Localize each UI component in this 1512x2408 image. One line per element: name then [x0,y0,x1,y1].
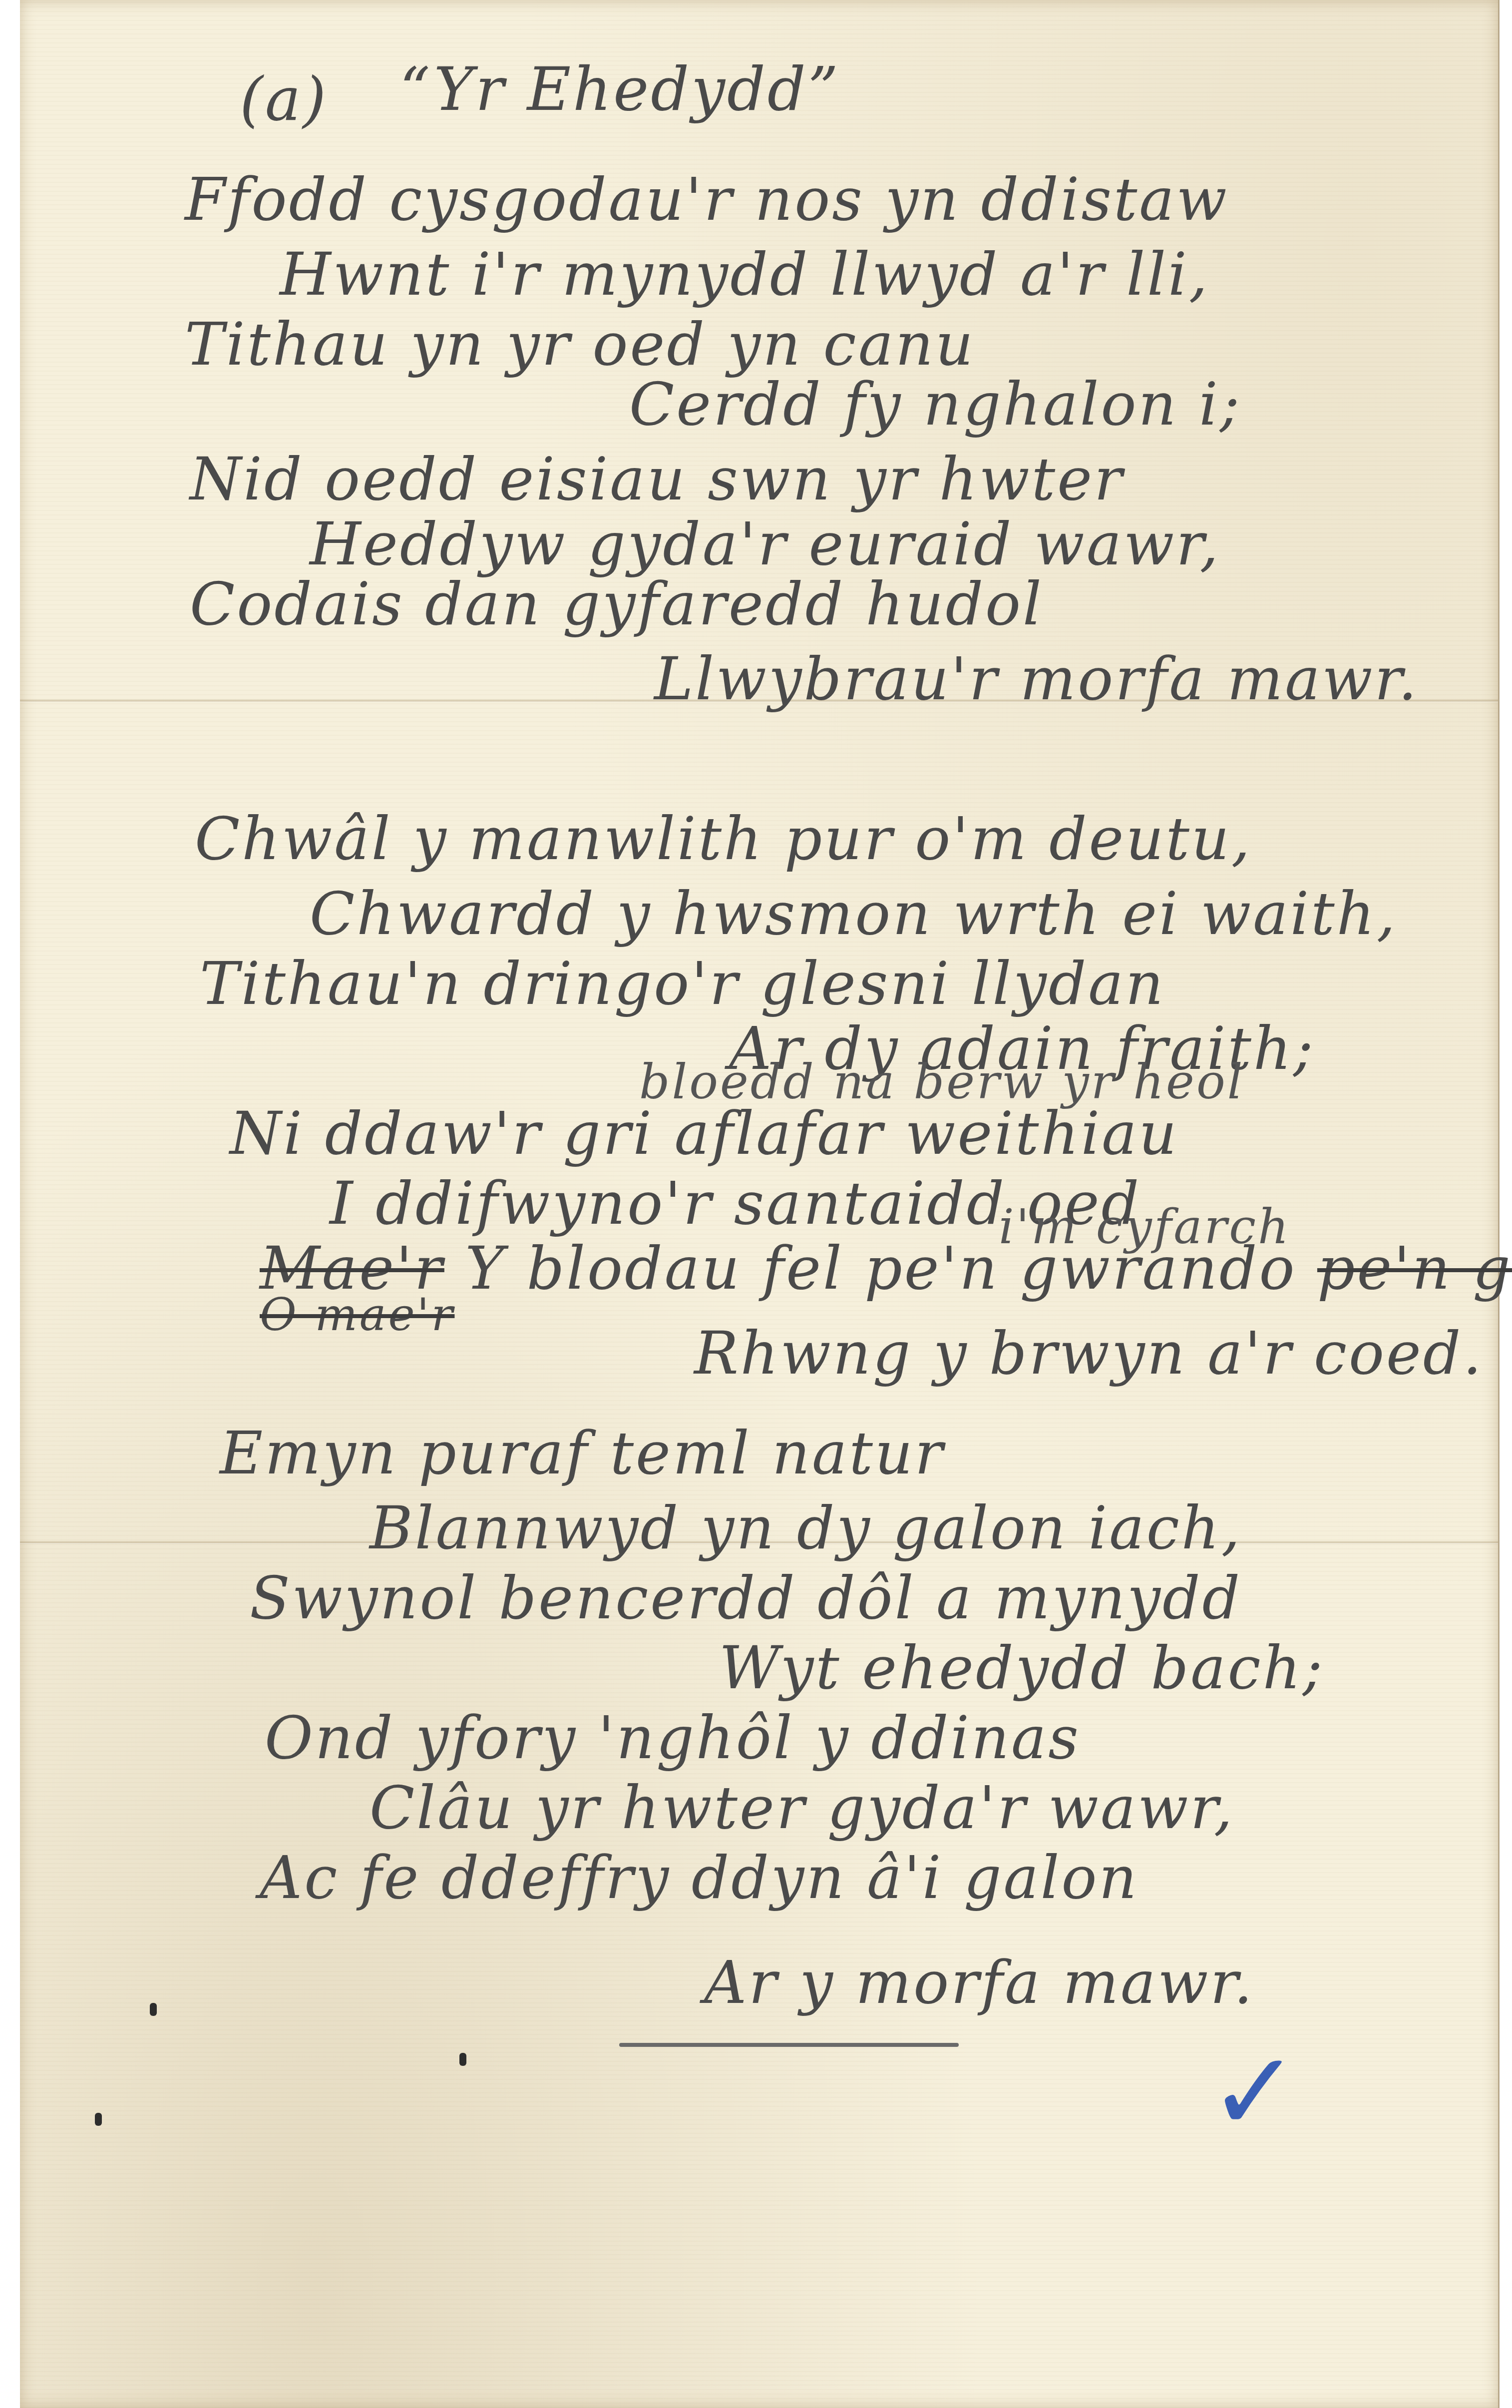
poem-line: Blannwyd yn dy galon iach, [370,1493,1242,1562]
poem-title: “Yr Ehedydd” [399,55,840,124]
poem-line: Tithau'n dringo'r glesni llydan [200,949,1165,1018]
poem-line: Cerdd fy nghalon i; [629,370,1242,439]
poem-line: Wyt ehedydd bach; [719,1633,1324,1702]
poem-line: Llwybrau'r morfa mawr. [654,644,1419,713]
poem-line: Chwâl y manwlith pur o'm deutu, [195,804,1252,873]
poem-line: Chwardd y hwsmon wrth ei waith, [310,879,1397,948]
poem-line: Swynol bencerdd dôl a mynydd [250,1563,1242,1632]
poem-line: Clâu yr hwter gyda'r wawr, [370,1773,1234,1842]
closing-rule [619,2043,959,2047]
poem-line: Rhwng y brwyn a'r coed. [694,1319,1484,1388]
ink-spot [150,2003,157,2016]
poem-line: Ac fe ddeffry ddyn â'i galon [260,1843,1139,1912]
struck-word: O mae'r [260,1289,454,1341]
ink-spot [95,2113,102,2126]
ink-spot [459,2053,466,2066]
poem-line: Ffodd cysgodau'r nos yn ddistaw [185,165,1229,234]
struck-word: pe'n gwrando [1317,1234,1512,1303]
poem-label: (a) [240,65,328,134]
poem-line: Heddyw gyda'r euraid wawr, [310,509,1220,578]
poem-line: Hwnt i'r mynydd llwyd a'r lli, [280,240,1209,309]
poem-line: Ar y morfa mawr. [704,1948,1254,2017]
poem-line: Nid oedd eisiau swn yr hwter [190,445,1125,513]
check-mark-icon: ✓ [1208,2028,1300,2156]
poem-line: Codais dan gyfaredd hudol [190,569,1044,638]
poem-line: Ni ddaw'r gri aflafar weithiau [230,1099,1179,1168]
poem-line: Tithau yn yr oed yn canu [185,310,975,379]
manuscript-page: (a) “Yr Ehedydd” Ffodd cysgodau'r nos yn… [20,0,1500,2408]
poem-line: Emyn puraf teml natur [220,1419,945,1487]
poem-line: Ond yfory 'nghôl y ddinas [265,1703,1081,1772]
